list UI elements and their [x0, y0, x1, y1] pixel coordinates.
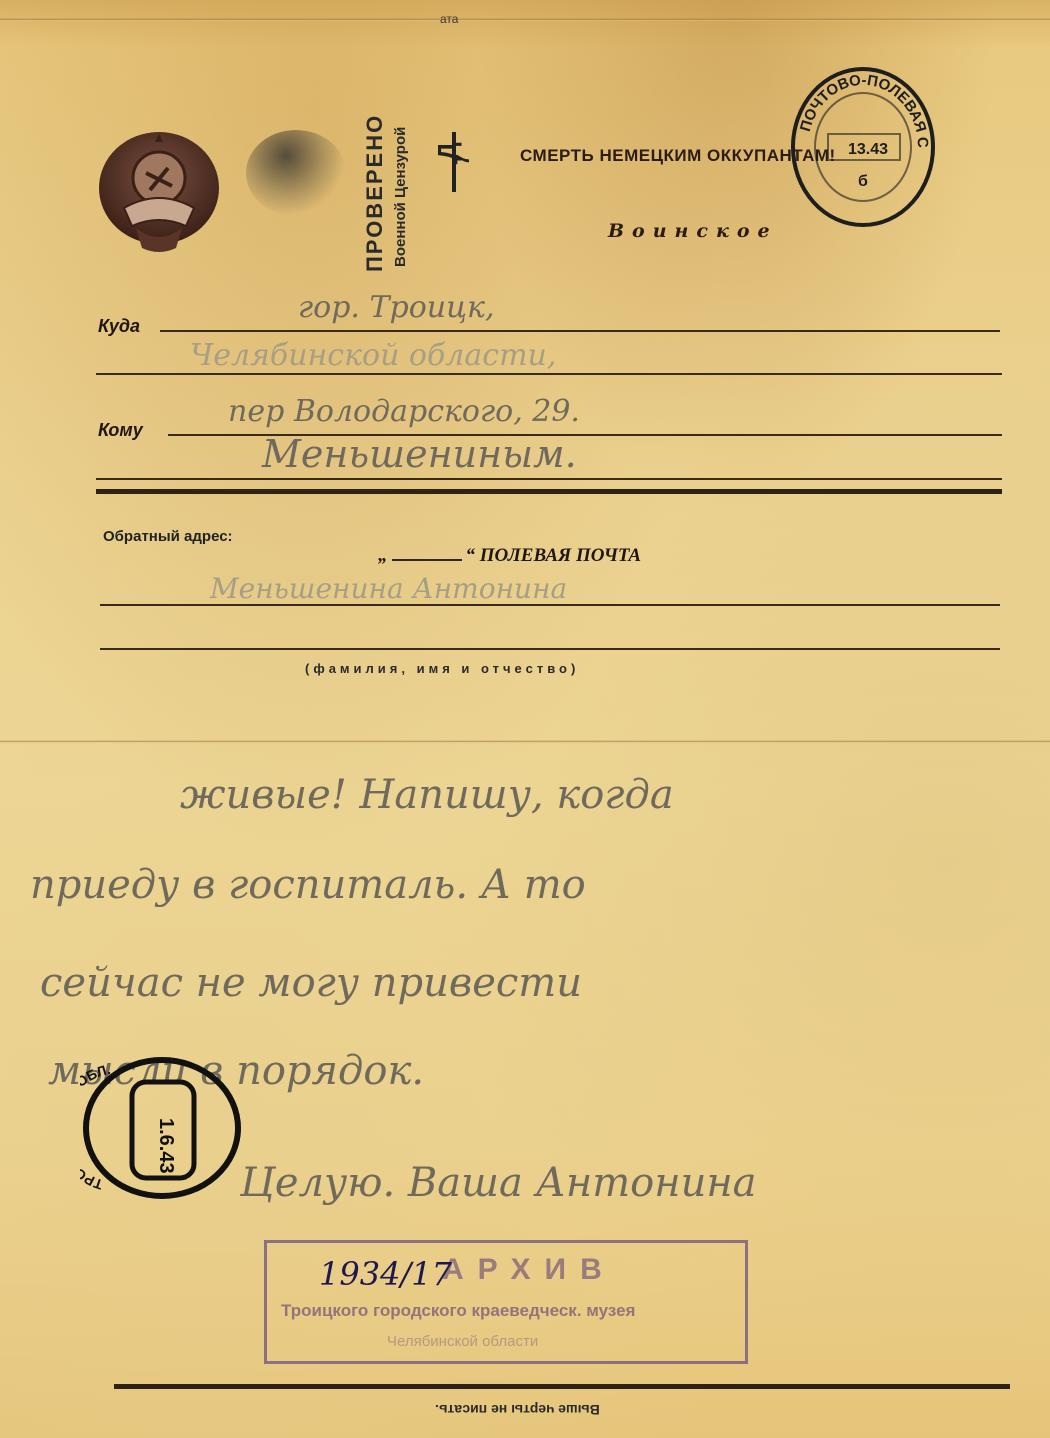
ussr-coat-of-arms-icon	[96, 128, 222, 256]
arrival-postmark: ТРОИЦК ЧЕЛЯБ. ОБЛ. 1.6.43	[80, 1052, 250, 1204]
return-address-label: Обратный адрес:	[103, 528, 233, 545]
address-divider	[96, 489, 1002, 494]
to-line2-handwriting: Челябинской области,	[190, 338, 556, 373]
to-line1-handwriting: гор. Троицк,	[298, 290, 494, 325]
bottom-divider	[114, 1384, 1010, 1389]
fold-line-middle	[0, 740, 1050, 743]
field-post-text: ПОЛЕВАЯ ПОЧТА	[480, 545, 641, 566]
whom-label: Кому	[98, 420, 143, 441]
field-post-label: „“ ПОЛЕВАЯ ПОЧТА	[378, 545, 641, 567]
whom-line1-handwriting: пер Володарского, 29.	[228, 394, 580, 429]
field-post-open-quote: „	[378, 545, 388, 566]
smudged-censor-seal	[246, 130, 346, 216]
letter-line-1: живые! Напишу, когда	[180, 772, 674, 818]
archive-stamp-museum: Троицкого городского краеведческ. музея	[281, 1301, 635, 1321]
fold-line-top	[0, 18, 1050, 21]
letter-line-2: приеду в госпиталь. А то	[30, 862, 586, 908]
field-post-close-quote: “	[466, 545, 476, 566]
postmark-date: 13.43	[848, 141, 888, 158]
censor-stamp-line1: ПРОВЕРЕНО	[362, 72, 388, 272]
letter-line-3: сейчас не могу привести	[40, 960, 582, 1006]
departure-postmark: ПОЧТОВО-ПОЛЕВАЯ СССР 13.43 б	[788, 64, 938, 230]
return-line-1	[100, 604, 1000, 606]
do-not-write-note: Выше черты не писать.	[435, 1402, 600, 1418]
corner-mark: ата	[440, 12, 458, 26]
archive-stamp-title: АРХИВ	[442, 1253, 616, 1287]
letter-type-title: Воинское	[608, 220, 778, 242]
archive-stamp: АРХИВ Троицкого городского краеведческ. …	[264, 1240, 748, 1364]
censor-number: Д 7	[432, 132, 480, 196]
to-line-2	[96, 373, 1002, 375]
censor-stamp-line2: Военной Цензурой	[392, 72, 409, 267]
arrival-postmark-date: 1.6.43	[155, 1118, 177, 1174]
whom-line2-handwriting: Меньшениным.	[262, 432, 577, 476]
letter-line-5: Целую. Ваша Антонина	[240, 1160, 757, 1206]
censor-stamp: ПРОВЕРЕНО Военной Цензурой	[362, 72, 432, 272]
postmark-code: б	[858, 173, 868, 190]
censor-number-bottom: 7	[452, 154, 475, 165]
return-line-2	[100, 648, 1000, 650]
top-edge-stain	[0, 0, 1050, 48]
sender-name-handwriting: Меньшенина Антонина	[210, 572, 567, 605]
field-post-number-blank	[392, 549, 462, 561]
archive-stamp-region: Челябинской области	[387, 1333, 538, 1350]
to-label: Куда	[98, 316, 140, 337]
inventory-number: 1934/17	[319, 1255, 452, 1293]
to-line-1	[160, 330, 1000, 332]
name-caption: (фамилия, имя и отчество)	[305, 661, 579, 676]
whom-line-2	[96, 478, 1002, 480]
